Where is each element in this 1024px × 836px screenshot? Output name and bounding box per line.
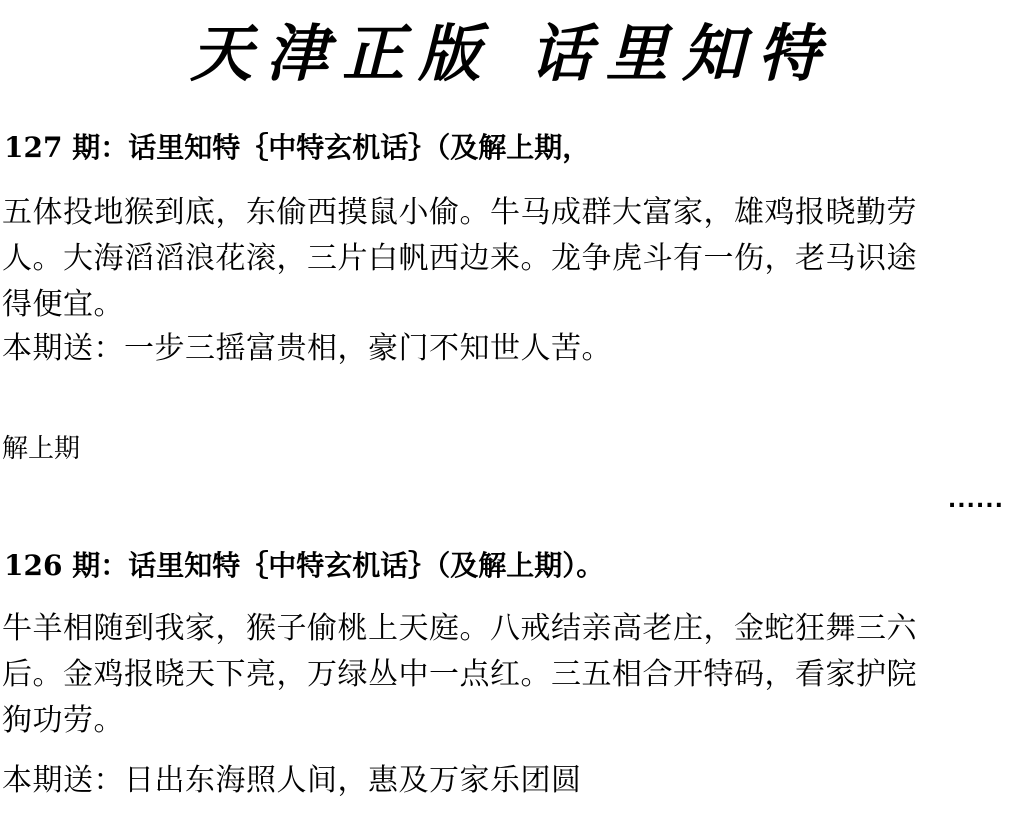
gift-text: 本期送：日出东海照人间，惠及万家乐团圆 xyxy=(2,758,1024,804)
poem-line: 五体投地猴到底，东偷西摸鼠小偷。牛马成群大富家，雄鸡报晓勤劳 xyxy=(2,190,1024,236)
page-title: 天津正版 话里知特 xyxy=(0,14,1024,94)
issue-126-heading: 126 期：话里知特｛中特玄机话｝（及解上期）。 xyxy=(4,548,604,584)
issue-126-gift: 本期送：日出东海照人间，惠及万家乐团圆 xyxy=(2,758,1024,804)
poem-line: 狗功劳。 xyxy=(2,698,1024,744)
poem-line: 后。金鸡报晓天下亮，万绿丛中一点红。三五相合开特码，看家护院 xyxy=(2,652,1024,698)
ellipsis: ...... xyxy=(948,488,1004,513)
issue-127-poem: 五体投地猴到底，东偷西摸鼠小偷。牛马成群大富家，雄鸡报晓勤劳 人。大海滔滔浪花滚… xyxy=(2,190,1024,328)
poem-line: 牛羊相随到我家，猴子偷桃上天庭。八戒结亲高老庄，金蛇狂舞三六 xyxy=(2,606,1024,652)
poem-line: 得便宜。 xyxy=(2,282,1024,328)
issue-126-poem: 牛羊相随到我家，猴子偷桃上天庭。八戒结亲高老庄，金蛇狂舞三六 后。金鸡报晓天下亮… xyxy=(2,606,1024,744)
poem-line: 人。大海滔滔浪花滚，三片白帆西边来。龙争虎斗有一伤，老马识途 xyxy=(2,236,1024,282)
gift-text: 本期送：一步三摇富贵相，豪门不知世人苦。 xyxy=(2,326,1024,372)
issue-127-gift: 本期送：一步三摇富贵相，豪门不知世人苦。 xyxy=(2,326,1024,372)
issue-127-heading: 127 期：话里知特｛中特玄机话｝（及解上期， xyxy=(4,130,590,166)
prev-answer-label: 解上期 xyxy=(2,432,80,466)
